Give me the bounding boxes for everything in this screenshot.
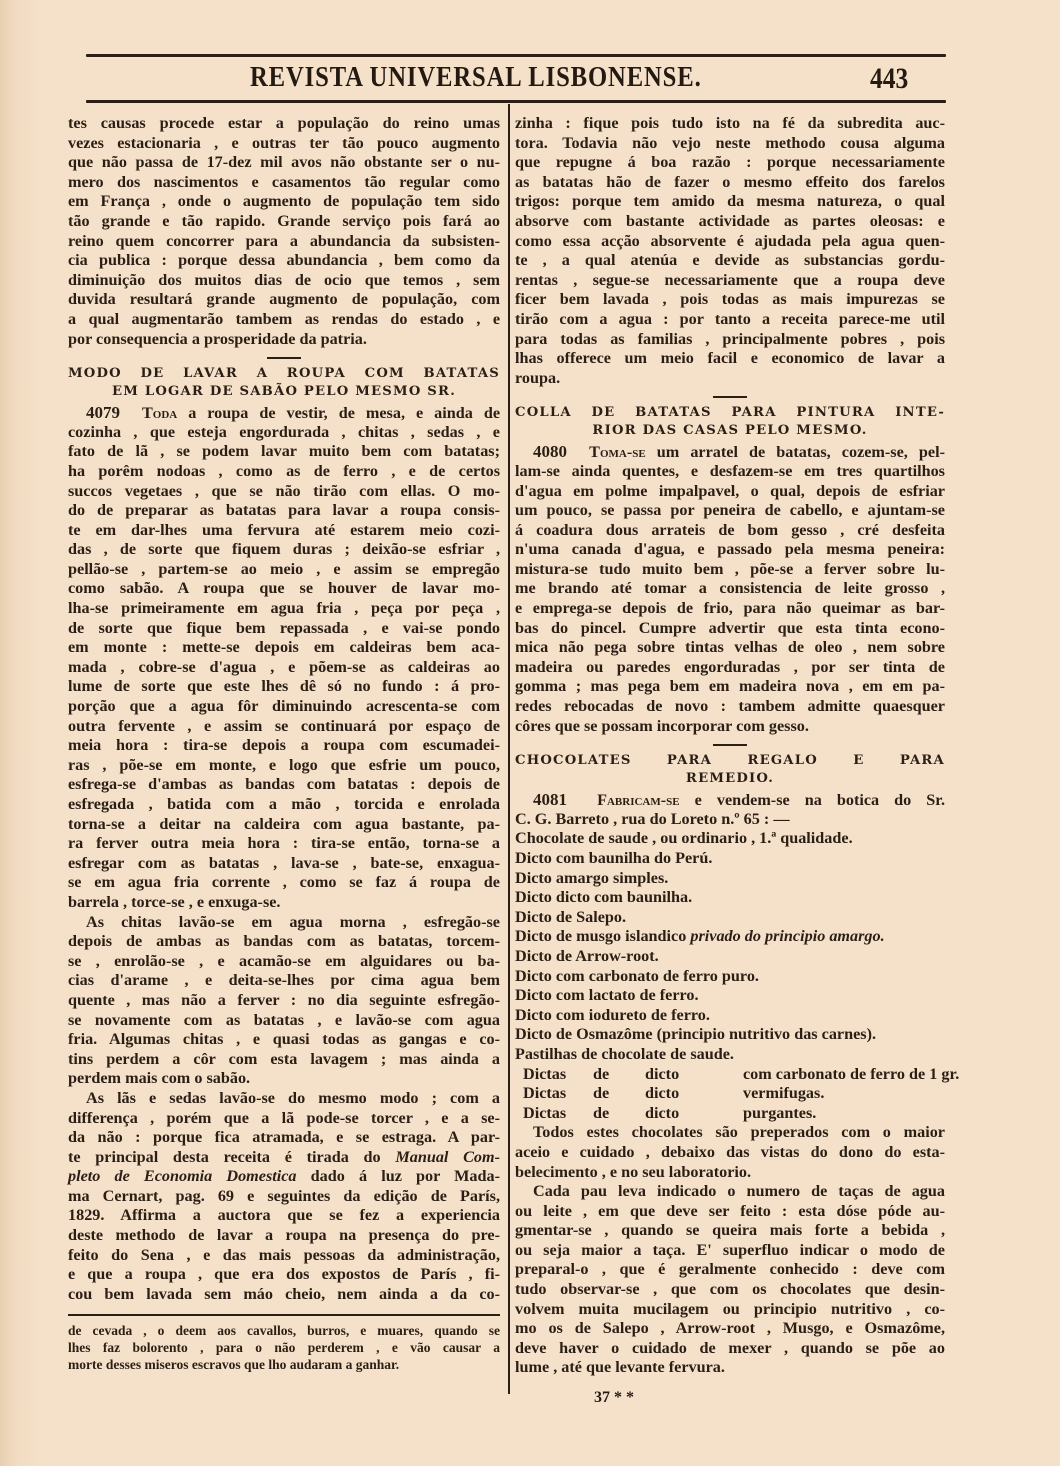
- section-separator: [713, 744, 747, 746]
- text-line: e emprega-se depois de frio, para não qu…: [515, 599, 945, 619]
- text-line: do de preparar as batatas para lavar a r…: [68, 501, 500, 521]
- text-line: Dicto de Salepo.: [515, 908, 945, 928]
- text-line: ha porêm nodoas , como as de ferro , e d…: [68, 462, 500, 482]
- text-line: differença , porém que a lã pode-se torc…: [68, 1109, 500, 1129]
- text-line: torna-se a deitar na caldeira com agua b…: [68, 815, 500, 835]
- text-line: redes rebocadas de novo : tambem admitte…: [515, 697, 945, 717]
- text-line: volvem muita mucilagem ou principio nutr…: [515, 1300, 945, 1320]
- right-column: zinha : fique pois tudo isto na fé da su…: [515, 114, 945, 1378]
- text-line: das , de sorte que fiquem duras ; deixão…: [68, 540, 500, 560]
- text-line: Dicto com carbonato de ferro puro.: [515, 967, 945, 987]
- text-span: dado á luz por Mada-: [297, 1167, 500, 1185]
- text-line: Chocolate de saude , ou ordinario , 1.ª …: [515, 829, 945, 849]
- column-divider: [508, 104, 510, 1394]
- text-line: cias d'arame , e deita-se-lhes por cima …: [68, 971, 500, 991]
- text-line: lhas offerece um meio facil e economico …: [515, 349, 945, 369]
- text-line: em monte : mette-se depois em caldeiras …: [68, 638, 500, 658]
- text-line: zinha : fique pois tudo isto na fé da su…: [515, 114, 945, 134]
- text-line: de cevada , o deem aos cavallos, burros,…: [68, 1322, 500, 1339]
- heading-line: MODO DE LAVAR A ROUPA COM BATATAS: [68, 365, 500, 383]
- left-column: tes causas procede estar a população do …: [68, 114, 500, 1373]
- text-line: lhes faz bolorento , para o não perderem…: [68, 1339, 500, 1356]
- text-line: feito do Sena , e das mais pessoas da ad…: [68, 1246, 500, 1266]
- heading-line: COLLA DE BATATAS PARA PINTURA INTE-: [515, 404, 945, 422]
- text-line: tes causas procede estar a população do …: [68, 114, 500, 134]
- text-line: esfregada , batida com a mão , torcida e…: [68, 795, 500, 815]
- text-line: mero dos nascimentos e casamentos tão re…: [68, 173, 500, 193]
- section-separator: [713, 396, 747, 398]
- text-line: ficer bem lavada , pois todas as mais im…: [515, 290, 945, 310]
- page-number: 443: [870, 62, 908, 96]
- text-line: te principal desta receita é tirada do M…: [68, 1148, 500, 1168]
- signature-mark: 37 * *: [594, 1389, 634, 1407]
- text-line: n'uma canada d'agua, e passado pela mesm…: [515, 540, 945, 560]
- text-line: Cada pau leva indicado o numero de taças…: [515, 1182, 945, 1202]
- text-line: como sabão. A roupa que se houver de lav…: [68, 579, 500, 599]
- text-line: porção que a agua fôr diminuindo acresce…: [68, 697, 500, 717]
- text-line: cozinha , que esteja engordurada , chita…: [68, 423, 500, 443]
- lead-word: Toma-se: [589, 443, 646, 461]
- text-line: se novamente com as batatas , e lavão-se…: [68, 1011, 500, 1031]
- text-line: Pastilhas de chocolate de saude.: [515, 1045, 945, 1065]
- product-list: Chocolate de saude , ou ordinario , 1.ª …: [515, 829, 945, 927]
- heading-line: EM LOGAR DE SABÃO PELO MESMO SR.: [68, 383, 500, 401]
- text-line: de sorte que fique bem repassada , e vai…: [68, 619, 500, 639]
- article-body-4080: lam-se ainda quentes, e desfazem-se em t…: [515, 462, 945, 736]
- article-paragraph: As chitas lavão-se em agua morna , esfre…: [68, 913, 500, 1089]
- text-line: côres que se possam incorporar com gesso…: [515, 717, 945, 737]
- text-line: Dicto dicto com baunilha.: [515, 888, 945, 908]
- article-paragraph-cont: ma Cernart, pag. 69 e seguintes da ediçã…: [68, 1187, 500, 1305]
- italic-span: privado do principio amargo.: [690, 927, 884, 945]
- text-line: trigos: porque tem amido da mesma nature…: [515, 192, 945, 212]
- text-line: um pouco, se passa por peneira de cabell…: [515, 501, 945, 521]
- article-first-line: 4079 Toda a roupa de vestir, de mesa, e …: [68, 403, 500, 423]
- pastille-cell: com carbonato de ferro de 1 gr.: [743, 1065, 959, 1085]
- text-line: tudo observar-se , que com os chocolates…: [515, 1280, 945, 1300]
- header-rule-top: [86, 54, 946, 57]
- heading-line: RIOR DAS CASAS PELO MESMO.: [515, 422, 945, 440]
- text-line: perdem mais com o sabão.: [68, 1069, 500, 1089]
- text-line: fato de lã , se podem lavar muito bem co…: [68, 442, 500, 462]
- newspaper-page: REVISTA UNIVERSAL LISBONENSE. 443 tes ca…: [0, 0, 1060, 1466]
- text-line: as batatas hão de fazer o mesmo effeito …: [515, 173, 945, 193]
- article-heading-4081: CHOCOLATES PARA REGALO E PARA REMEDIO.: [515, 752, 945, 788]
- text-line: pleto de Economia Domestica dado á luz p…: [68, 1167, 500, 1187]
- text-line: ra ferver outra meia hora : tira-se entã…: [68, 834, 500, 854]
- text-line: morte desses miseros escravos que lho au…: [68, 1356, 500, 1373]
- footnote: de cevada , o deem aos cavallos, burros,…: [68, 1322, 500, 1373]
- text-line: rentas , segue-se necessariamente que a …: [515, 271, 945, 291]
- pastille-cell: Dictas: [523, 1104, 593, 1124]
- text-line: lha-se primeiramente em agua fria , peça…: [68, 599, 500, 619]
- product-list-item: Dicto de musgo islandico privado do prin…: [515, 927, 945, 947]
- text-line: fria. Algumas chitas , e quasi todas as …: [68, 1030, 500, 1050]
- pastille-cell: de: [593, 1084, 645, 1104]
- text-line: ma Cernart, pag. 69 e seguintes da ediçã…: [68, 1187, 500, 1207]
- text-line: esfregar com as batatas , lava-se , bate…: [68, 854, 500, 874]
- book-title-italic: pleto de Economia Domestica: [68, 1167, 297, 1185]
- text-line: deve haver o cuidado de mexer , quando s…: [515, 1339, 945, 1359]
- text-line: esfrega-se d'ambas as bandas com batatas…: [68, 775, 500, 795]
- text-line: Dicto de musgo islandico privado do prin…: [515, 927, 945, 947]
- lead-word: Fabricam-se: [597, 791, 680, 809]
- text-line: em França , onde o augmento de população…: [68, 192, 500, 212]
- text-line: bas do pincel. Cumpre advertir que esta …: [515, 619, 945, 639]
- product-list: Dicto de Arrow-root.Dicto com carbonato …: [515, 947, 945, 1065]
- text-line: aceio e cuidado , debaixo das vistas do …: [515, 1143, 945, 1163]
- book-title-italic: Manual Com-: [395, 1148, 500, 1166]
- text-line: preparal-o , que é geralmente conhecido …: [515, 1260, 945, 1280]
- text-line: tins perdem a côr com esta lavagem ; mas…: [68, 1050, 500, 1070]
- article-number: 4080: [533, 442, 567, 461]
- text-line: ou leite , em que deve ser feito : esta …: [515, 1202, 945, 1222]
- header-rule-bottom: [86, 100, 946, 103]
- text-line: mistura-se tudo muito bem , põe-se a fer…: [515, 560, 945, 580]
- text-line: Dicto com iodureto de ferro.: [515, 1006, 945, 1026]
- text-line: pellão-se , partem-se ao meio , e assim …: [68, 560, 500, 580]
- text-line: diminuição dos muitos dias de ocio que t…: [68, 271, 500, 291]
- text-line: C. G. Barreto , rua do Loreto n.º 65 : —: [515, 810, 945, 830]
- text-line: Dicto com baunilha do Perú.: [515, 849, 945, 869]
- text-line: Dicto com lactato de ferro.: [515, 986, 945, 1006]
- pastille-row: Dictasdedictocom carbonato de ferro de 1…: [515, 1065, 945, 1085]
- text-line: Dicto amargo simples.: [515, 869, 945, 889]
- continued-paragraph: tes causas procede estar a população do …: [68, 114, 500, 349]
- text-line: 1829. Affirma a auctora que se fez a exp…: [68, 1206, 500, 1226]
- article-paragraph: As lãs e sedas lavão-se do mesmo modo ; …: [68, 1089, 500, 1148]
- lead-word: Toda: [142, 404, 177, 422]
- text-line: como essa acção absorvente é ajudada pel…: [515, 232, 945, 252]
- section-separator: [267, 357, 301, 359]
- pastille-cell: dicto: [645, 1084, 743, 1104]
- text-line: succos vegetaes , que se não tirão com e…: [68, 482, 500, 502]
- pastille-cell: de: [593, 1065, 645, 1085]
- pastille-cell: purgantes.: [743, 1104, 816, 1124]
- text-line: quente , mas não a ferver : no dia segui…: [68, 991, 500, 1011]
- text-line: Todos estes chocolates são preperados co…: [515, 1123, 945, 1143]
- pastilles-list: Dictasdedictocom carbonato de ferro de 1…: [515, 1065, 945, 1124]
- article-paragraph: Cada pau leva indicado o numero de taças…: [515, 1182, 945, 1378]
- article-number: 4081: [533, 790, 567, 809]
- text-line: um arratel de batatas, cozem-se, pel-: [657, 443, 945, 461]
- text-line: para todas as familias , principalmente …: [515, 330, 945, 350]
- article-first-line: 4080 Toma-se um arratel de batatas, coze…: [515, 442, 945, 462]
- text-line: meia hora : tira-se depois a roupa com e…: [68, 736, 500, 756]
- continued-paragraph: zinha : fique pois tudo isto na fé da su…: [515, 114, 945, 388]
- heading-line: CHOCOLATES PARA REGALO E PARA: [515, 752, 945, 770]
- text-span: Dicto de musgo islandico: [515, 927, 690, 945]
- text-span: te principal desta receita é tirada do: [68, 1148, 395, 1166]
- text-line: tão grande e tão rapido. Grande serviço …: [68, 212, 500, 232]
- heading-line: REMEDIO.: [515, 770, 945, 788]
- text-line: te em dar-lhes uma fervura até estarem m…: [68, 521, 500, 541]
- article-number: 4079: [86, 403, 120, 422]
- text-line: á coadura dous arrateis de bom gesso , c…: [515, 521, 945, 541]
- pastille-cell: dicto: [645, 1104, 743, 1124]
- text-line: barrela , torce-se , e enxuga-se.: [68, 893, 500, 913]
- text-line: e vendem-se na botica do Sr.: [695, 791, 945, 809]
- text-line: tora. Todavia não vejo neste methodo cou…: [515, 134, 945, 154]
- text-line: reino quem concorrer para a abundancia d…: [68, 232, 500, 252]
- text-line: outra fervente , e assim se continuará p…: [68, 717, 500, 737]
- pastille-row: Dictasdedictovermifugas.: [515, 1084, 945, 1104]
- text-line: absorve com bastante actividade as parte…: [515, 212, 945, 232]
- text-line: roupa.: [515, 369, 945, 389]
- text-line: ras , põe-se em monte, e logo que esfrie…: [68, 756, 500, 776]
- text-line: lume de sorte que este lhes dê só no fun…: [68, 677, 500, 697]
- text-line: lam-se ainda quentes, e desfazem-se em t…: [515, 462, 945, 482]
- text-line: mada , cobre-se d'agua , e põem-se as ca…: [68, 658, 500, 678]
- text-line: da não : porque fica atramada, e se estr…: [68, 1128, 500, 1148]
- text-line: Dicto de Osmazôme (principio nutritivo d…: [515, 1025, 945, 1045]
- text-line: Dicto de Arrow-root.: [515, 947, 945, 967]
- text-line: madeira ou paredes engorduradas , por se…: [515, 658, 945, 678]
- text-line: se , enrolão-se , e acamão-se em alguida…: [68, 952, 500, 972]
- text-line: lume , até que levante fervura.: [515, 1358, 945, 1378]
- text-line: a qual augmentarão tambem as rendas do e…: [68, 310, 500, 330]
- footnote-rule: [68, 1314, 500, 1316]
- article-first-line: 4081 Fabricam-se e vendem-se na botica d…: [515, 790, 945, 810]
- text-line: que repugne á boa razão : porque necessa…: [515, 153, 945, 173]
- pastille-cell: Dictas: [523, 1084, 593, 1104]
- text-line: mica não pega sobre tintas velhas de ole…: [515, 638, 945, 658]
- article-heading-4079: MODO DE LAVAR A ROUPA COM BATATAS EM LOG…: [68, 365, 500, 401]
- text-line: cou bem lavada sem máo cheio, nem ainda …: [68, 1285, 500, 1305]
- pastille-cell: Dictas: [523, 1065, 593, 1085]
- text-line: belecimento , e no seu laboratorio.: [515, 1163, 945, 1183]
- text-line: depois de ambas as bandas com as batatas…: [68, 932, 500, 952]
- text-line: por consequencia a prosperidade da patri…: [68, 330, 500, 350]
- text-line: que não passa de 17-dez mil avos não obs…: [68, 153, 500, 173]
- pastille-row: Dictasdedictopurgantes.: [515, 1104, 945, 1124]
- pastille-cell: dicto: [645, 1065, 743, 1085]
- text-line: te , a qual atenúa e devide as substanci…: [515, 251, 945, 271]
- text-line: duvida resultará grande augmento de popu…: [68, 290, 500, 310]
- pastille-cell: de: [593, 1104, 645, 1124]
- running-title: REVISTA UNIVERSAL LISBONENSE.: [250, 62, 716, 94]
- article-heading-4080: COLLA DE BATATAS PARA PINTURA INTE- RIOR…: [515, 404, 945, 440]
- pastille-cell: vermifugas.: [743, 1084, 824, 1104]
- text-line: As chitas lavão-se em agua morna , esfre…: [68, 913, 500, 933]
- text-line: vezes estacionaria , e outras ter tão po…: [68, 134, 500, 154]
- text-line: me brando até tomar a consistencia de le…: [515, 579, 945, 599]
- text-line: gmentar-se , quando se queira mais forte…: [515, 1221, 945, 1241]
- text-line: e que a roupa , que era dos expostos de …: [68, 1265, 500, 1285]
- text-line: cia publica : porque dessa abundancia , …: [68, 251, 500, 271]
- text-line: As lãs e sedas lavão-se do mesmo modo ; …: [68, 1089, 500, 1109]
- text-line: se em agua fria corrente , como se faz á…: [68, 873, 500, 893]
- text-line: tirão com a agua : por tanto a receita p…: [515, 310, 945, 330]
- text-line: gomma ; mas pega bem em madeira nova , e…: [515, 677, 945, 697]
- article-body-4079: cozinha , que esteja engordurada , chita…: [68, 423, 500, 913]
- text-line: deste methodo de lavar a roupa na presen…: [68, 1226, 500, 1246]
- text-line: a roupa de vestir, de mesa, e ainda de: [188, 404, 500, 422]
- article-paragraph: Todos estes chocolates são preperados co…: [515, 1123, 945, 1182]
- text-line: d'agua em polme impalpavel, o qual, depo…: [515, 482, 945, 502]
- text-line: mo os de Salepo , Arrow-root , Musgo, e …: [515, 1319, 945, 1339]
- text-line: ou seja maior a taça. E' superfluo indic…: [515, 1241, 945, 1261]
